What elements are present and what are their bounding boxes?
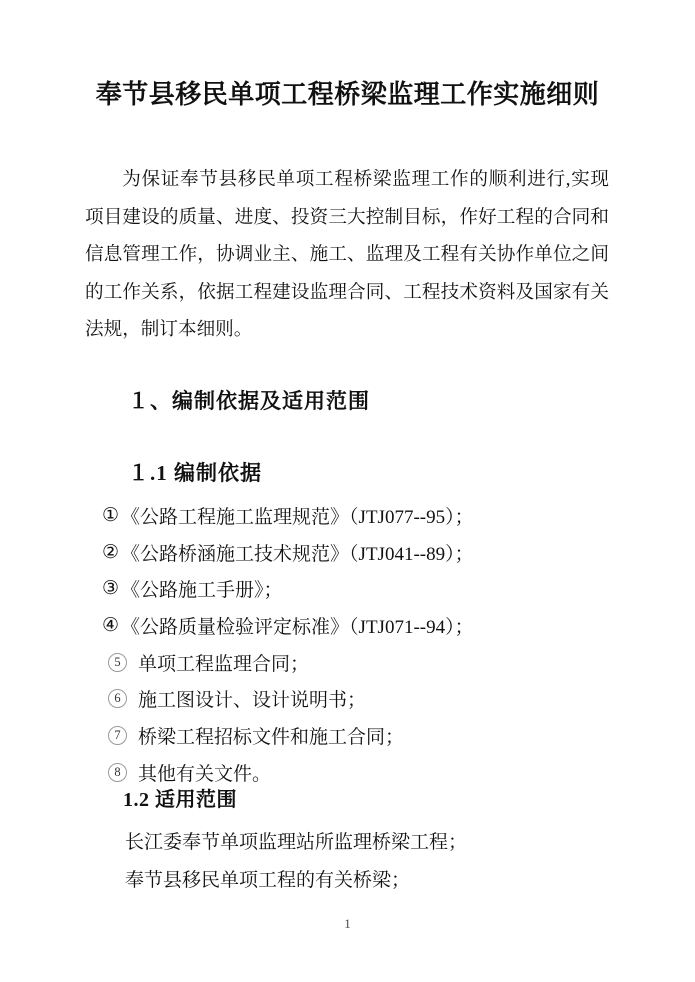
list-item-text: 《公路质量检验评定标准》（JTJ071--94）； bbox=[121, 612, 474, 639]
intro-line: 的工作关系，依据工程建设监理合同、工程技术资料及国家有关 bbox=[85, 274, 609, 312]
list-item: 8 其他有关文件。 bbox=[102, 754, 622, 791]
reference-list: ① 《公路工程施工监理规范》（JTJ077--95）； ② 《公路桥涵施工技术规… bbox=[102, 497, 622, 791]
page-number: 1 bbox=[0, 915, 695, 933]
list-item-marker: 5 bbox=[108, 653, 127, 672]
list-item-marker: 6 bbox=[108, 689, 127, 708]
intro-line: 为保证奉节县移民单项工程桥梁监理工作的顺利进行,实现 bbox=[85, 161, 609, 199]
list-item: 5 单项工程监理合同； bbox=[102, 644, 622, 681]
list-item-text: 《公路施工手册》； bbox=[121, 575, 283, 602]
list-item-text: 《公路桥涵施工技术规范》（JTJ041--89）； bbox=[121, 539, 474, 566]
section-1-2-heading: 1.2 适用范围 bbox=[123, 787, 237, 813]
list-item-marker: 7 bbox=[108, 726, 127, 745]
section-1-1-heading: １.1 编制依据 bbox=[128, 459, 262, 487]
scope-line: 长江委奉节单项监理站所监理桥梁工程； bbox=[125, 824, 467, 862]
list-item-marker: ② bbox=[102, 541, 119, 564]
list-item: ① 《公路工程施工监理规范》（JTJ077--95）； bbox=[102, 497, 622, 534]
list-item-text: 桥梁工程招标文件和施工合同； bbox=[138, 722, 404, 749]
intro-line: 信息管理工作，协调业主、施工、监理及工程有关协作单位之间 bbox=[85, 236, 609, 274]
list-item: 6 施工图设计、设计说明书； bbox=[102, 680, 622, 717]
document-page: 奉节县移民单项工程桥梁监理工作实施细则 为保证奉节县移民单项工程桥梁监理工作的顺… bbox=[0, 0, 695, 982]
list-item-marker: ④ bbox=[102, 614, 119, 637]
intro-line: 法规，制订本细则。 bbox=[85, 311, 609, 349]
scope-line: 奉节县移民单项工程的有关桥梁； bbox=[125, 862, 467, 900]
section-1-heading: １、编制依据及适用范围 bbox=[128, 387, 370, 415]
list-item: ④ 《公路质量检验评定标准》（JTJ071--94）； bbox=[102, 607, 622, 644]
scope-paragraph: 长江委奉节单项监理站所监理桥梁工程； 奉节县移民单项工程的有关桥梁； bbox=[125, 824, 467, 900]
list-item-marker: ③ bbox=[102, 577, 119, 600]
intro-paragraph: 为保证奉节县移民单项工程桥梁监理工作的顺利进行,实现 项目建设的质量、进度、投资… bbox=[85, 161, 609, 349]
list-item-text: 《公路工程施工监理规范》（JTJ077--95）； bbox=[121, 502, 474, 529]
list-item: ② 《公路桥涵施工技术规范》（JTJ041--89）； bbox=[102, 534, 622, 571]
list-item-text: 施工图设计、设计说明书； bbox=[138, 685, 366, 712]
list-item-marker: ① bbox=[102, 504, 119, 527]
intro-line: 项目建设的质量、进度、投资三大控制目标，作好工程的合同和 bbox=[85, 199, 609, 237]
document-title: 奉节县移民单项工程桥梁监理工作实施细则 bbox=[0, 78, 695, 112]
list-item: ③ 《公路施工手册》； bbox=[102, 570, 622, 607]
list-item-text: 单项工程监理合同； bbox=[138, 649, 309, 676]
list-item: 7 桥梁工程招标文件和施工合同； bbox=[102, 717, 622, 754]
list-item-text: 其他有关文件。 bbox=[138, 759, 271, 786]
list-item-marker: 8 bbox=[108, 763, 127, 782]
